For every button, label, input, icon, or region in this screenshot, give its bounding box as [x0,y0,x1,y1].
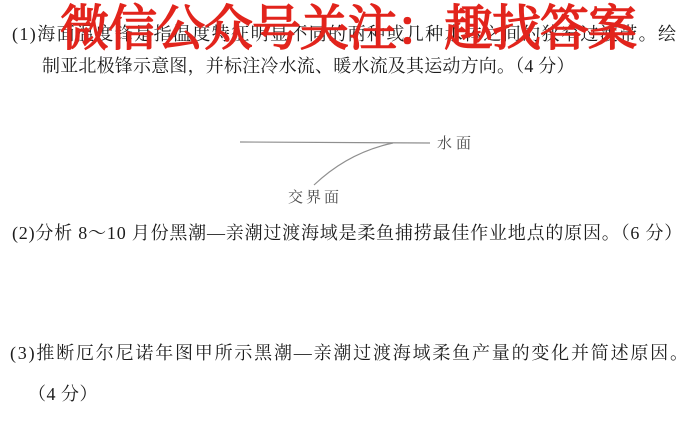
exam-page: (1)海面温度锋是指温度特征明显不同的两种或几种水体之间的狭窄过渡带。绘 制亚北… [0,0,700,426]
question-3-line-1: (3)推断厄尔尼诺年图甲所示黑潮—亲潮过渡海域柔鱼产量的变化并简述原因。 [10,343,690,364]
question-1-line-2: 制亚北极锋示意图，并标注冷水流、暖水流及其运动方向。（4 分） [42,56,575,77]
question-2-line-1: (2)分析 8～10 月份黑潮—亲潮过渡海域是柔鱼捕捞最佳作业地点的原因。（6 … [12,223,683,244]
water-surface-label: 水面 [437,137,475,152]
interface-curve [314,143,393,185]
interface-label: 交界面 [288,191,342,206]
water-surface-line [240,142,430,143]
watermark-text: 微信公众号关注：趣找答案 [60,5,636,54]
question-3-score: （4 分） [28,384,98,405]
